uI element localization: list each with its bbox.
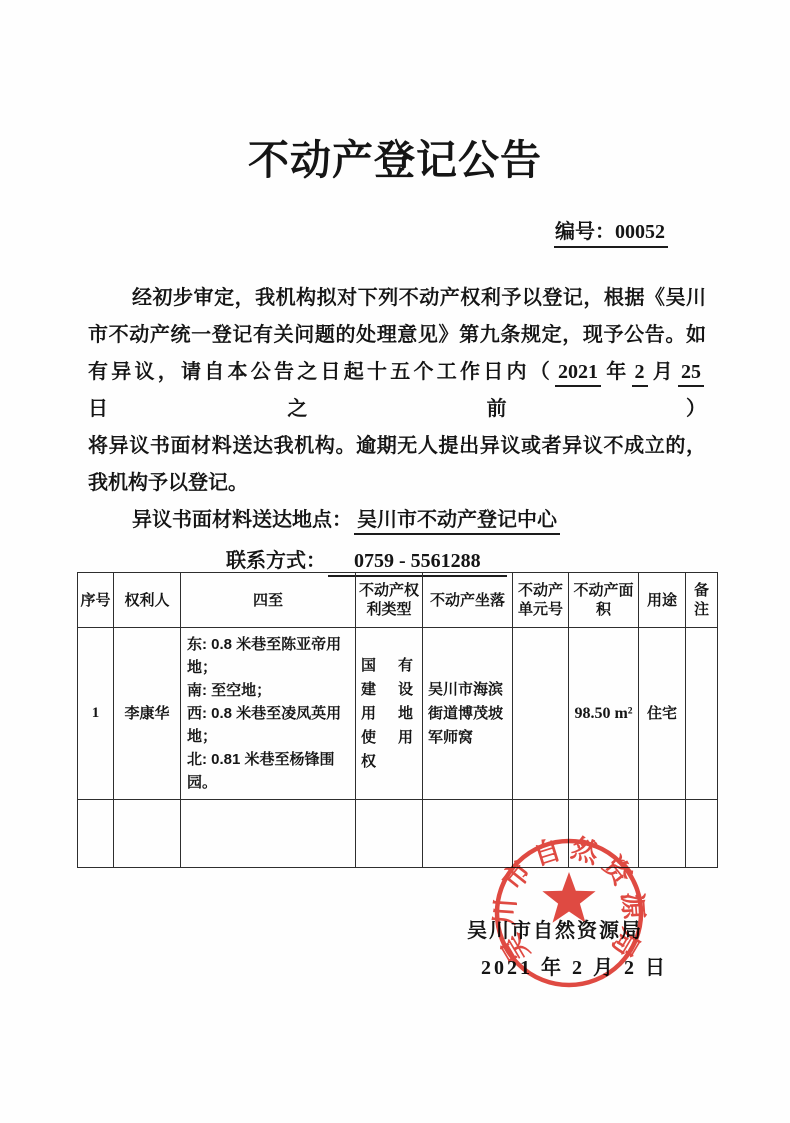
document-number: 编号：00052 [554, 215, 668, 244]
contact-label: 联系方式： [226, 550, 326, 572]
header-boundaries: 四至 [181, 573, 356, 628]
cell-right-type: 国有建设用地使用权 [356, 628, 423, 800]
cell-location: 吴川市海滨街道博茂坡军师窝 [423, 628, 513, 800]
document-number-label: 编号： [555, 221, 615, 243]
delivery-address-value: 吴川市不动产登记中心 [354, 509, 560, 535]
month-unit: 月 [650, 361, 677, 383]
deadline-text-post: 日之前） [88, 398, 706, 420]
cell-boundaries: 东: 0.8 米巷至陈亚帝用地； 南: 至空地； 西: 0.8 米巷至凌凤英用地… [181, 628, 356, 800]
deadline-day: 25 [678, 361, 704, 387]
table-header-row: 序号 权利人 四至 不动产权利类型 不动产坐落 不动产单元号 不动产面积 用途 … [78, 573, 718, 628]
header-right-type: 不动产权利类型 [356, 573, 423, 628]
header-holder: 权利人 [114, 573, 181, 628]
cell-remark [686, 628, 718, 800]
notice-body: 经初步审定，我机构拟对下列不动产权利予以登记，根据《吴川 市不动产统一登记有关问… [88, 280, 706, 580]
deadline-month: 2 [632, 361, 648, 387]
cell-unit-no [513, 628, 569, 800]
header-seq: 序号 [78, 573, 114, 628]
document-number-value: 00052 [615, 221, 665, 243]
deadline-text-pre: 有异议，请自本公告之日起十五个工作日内（ [88, 361, 553, 383]
notice-line-5: 我机构予以登记。 [88, 465, 706, 502]
cell-seq: 1 [78, 628, 114, 800]
document-number-underline: 编号：00052 [554, 221, 668, 248]
seal-star-icon [542, 872, 595, 923]
announcement-page: 不动产登记公告 编号：00052 经初步审定，我机构拟对下列不动产权利予以登记，… [0, 0, 790, 1123]
cell-usage: 住宅 [639, 628, 686, 800]
empty-cell [686, 800, 718, 868]
cell-holder: 李康华 [114, 628, 181, 800]
notice-line-2: 市不动产统一登记有关问题的处理意见》第九条规定，现予公告。如 [88, 317, 706, 354]
empty-cell [78, 800, 114, 868]
notice-line-4: 将异议书面材料送达我机构。逾期无人提出异议或者异议不成立的， [88, 428, 706, 465]
year-unit: 年 [603, 361, 630, 383]
header-area: 不动产面积 [569, 573, 639, 628]
official-seal: 吴川市自然资源局 [474, 818, 664, 1008]
notice-line-1: 经初步审定，我机构拟对下列不动产权利予以登记，根据《吴川 [88, 280, 706, 317]
table-row: 1 李康华 东: 0.8 米巷至陈亚帝用地； 南: 至空地； 西: 0.8 米巷… [78, 628, 718, 800]
delivery-address-line: 异议书面材料送达地点：吴川市不动产登记中心 [88, 502, 706, 539]
delivery-address-label: 异议书面材料送达地点： [132, 509, 352, 531]
header-location: 不动产坐落 [423, 573, 513, 628]
deadline-year: 2021 [555, 361, 601, 387]
header-unit-no: 不动产单元号 [513, 573, 569, 628]
header-usage: 用途 [639, 573, 686, 628]
cell-area: 98.50 m² [569, 628, 639, 800]
notice-line-3: 有异议，请自本公告之日起十五个工作日内（2021年2月25日之前） [88, 354, 706, 428]
empty-cell [356, 800, 423, 868]
empty-cell [114, 800, 181, 868]
header-remark: 备注 [686, 573, 718, 628]
empty-cell [181, 800, 356, 868]
page-title: 不动产登记公告 [0, 127, 790, 186]
